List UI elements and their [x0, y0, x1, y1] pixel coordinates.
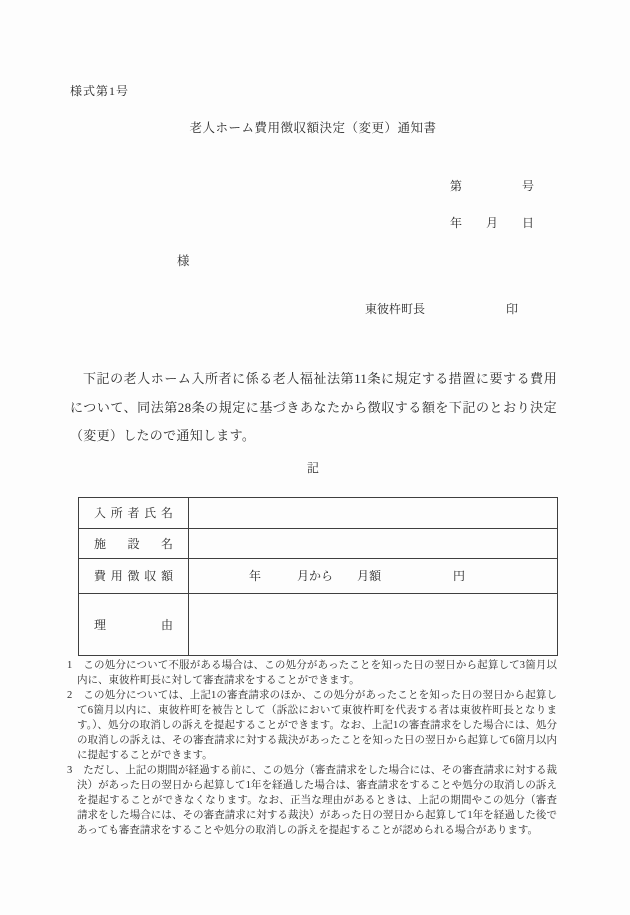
table-label-resident-name: 入所者氏名	[79, 498, 189, 529]
table-value-reason	[189, 594, 557, 655]
date-line: 年 月 日	[450, 217, 534, 229]
fee-decision-table: 入所者氏名 施設名 費用徴収額 年 月から 月額 円 理由	[78, 497, 558, 656]
document-page: 様式第1号 老人ホーム費用徴収額決定（変更）通知書 第 号 年 月 日 様 東彼…	[0, 0, 630, 915]
table-label-text: 施設名	[94, 538, 173, 550]
table-label-facility-name: 施設名	[79, 529, 189, 559]
note-item-1: 1この処分について不服がある場合は、この処分があったことを知った日の翌日から起算…	[67, 658, 557, 688]
table-value-fee-amount: 年 月から 月額 円	[189, 559, 557, 594]
note-number: 2	[67, 690, 72, 701]
table-label-fee-amount: 費用徴収額	[79, 559, 189, 594]
note-item-3: 3ただし、上記の期間が経過する前に、この処分（審査請求をした場合には、その審査請…	[67, 763, 557, 838]
note-number: 1	[67, 660, 72, 671]
note-text: この処分については、上記1の審査請求のほか、この処分があったことを知った日の翌日…	[77, 690, 557, 761]
issuer-line: 東彼杵町長 印	[365, 303, 518, 315]
table-label-text: 費用徴収額	[94, 570, 173, 582]
note-text: この処分について不服がある場合は、この処分があったことを知った日の翌日から起算し…	[77, 660, 557, 686]
table-value-resident-name	[189, 498, 557, 529]
note-text: ただし、上記の期間が経過する前に、この処分（審査請求をした場合には、その審査請求…	[77, 765, 557, 836]
notification-body: 下記の老人ホーム入所者に係る老人福祉法第11条に規定する措置に要する費用について…	[70, 365, 557, 451]
table-label-reason: 理由	[79, 594, 189, 655]
note-number: 3	[67, 765, 72, 776]
note-item-2: 2この処分については、上記1の審査請求のほか、この処分があったことを知った日の翌…	[67, 688, 557, 763]
document-title: 老人ホーム費用徴収額決定（変更）通知書	[70, 122, 556, 135]
form-number: 様式第1号	[70, 85, 129, 97]
issuer-title: 東彼杵町長	[365, 303, 425, 315]
table-value-facility-name	[189, 529, 557, 559]
table-label-text: 理由	[94, 619, 173, 631]
addressee-honorific: 様	[177, 255, 190, 268]
document-number-line: 第 号	[450, 180, 534, 192]
seal-mark: 印	[506, 303, 518, 315]
record-marker: 記	[70, 462, 556, 474]
notes-section: 1この処分について不服がある場合は、この処分があったことを知った日の翌日から起算…	[67, 658, 557, 838]
table-label-text: 入所者氏名	[94, 507, 173, 519]
